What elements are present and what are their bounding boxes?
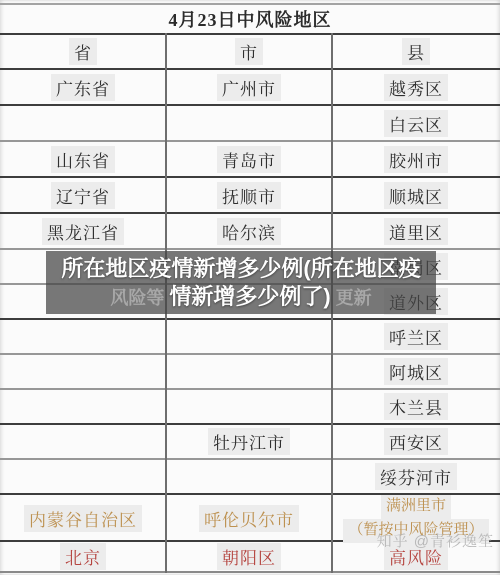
cell-city: 呼伦贝尔市 (166, 495, 332, 543)
caption-overlay: 所在地区疫情新增多少例(所在地区疫 风险等 情新增多少例了) 更新 (46, 251, 436, 314)
risk-area-table-page: 4月23日中风险地区 省 市 县 广东省 广州市 越秀区 白云区 山东省 青岛市… (0, 0, 500, 575)
cell-county: 顺城区 (332, 178, 500, 212)
table-title: 4月23日中风险地区 (0, 3, 500, 33)
table-row: 广东省 广州市 越秀区 (0, 68, 500, 104)
table-row: 辽宁省 抚顺市 顺城区 (0, 176, 500, 212)
cell-county: 绥芬河市 (332, 460, 500, 493)
cell-province: 辽宁省 (0, 178, 166, 212)
underlying-text-left: 风险等 (110, 287, 164, 310)
cell-city: 哈尔滨 (166, 214, 332, 248)
table-row: 绥芬河市 (0, 458, 500, 493)
table-row: 黑龙江省 哈尔滨 道里区 (0, 212, 500, 248)
cell-province: 内蒙谷自治区 (0, 495, 166, 543)
cell-province (0, 425, 166, 458)
cell-county: 胶州市 (332, 142, 500, 176)
cell-city: 抚顺市 (166, 178, 332, 212)
zhihu-watermark: 知乎 @青衫逸笙 (377, 530, 494, 551)
cell-county: 阿城区 (332, 355, 500, 388)
cell-province: 黑龙江省 (0, 214, 166, 248)
header-county: 县 (332, 35, 500, 68)
cell-county: 西安区 (332, 425, 500, 458)
caption-line-2-text: 情新增多少例了) (169, 283, 330, 311)
table-row: 呼兰区 (0, 318, 500, 353)
cell-city (166, 320, 332, 353)
cell-city (166, 106, 332, 140)
cell-province (0, 320, 166, 353)
table-row: 牡丹江市 西安区 (0, 423, 500, 458)
cell-province (0, 460, 166, 493)
table-row: 山东省 青岛市 胶州市 (0, 140, 500, 176)
cell-province (0, 355, 166, 388)
cell-county: 道里区 (332, 214, 500, 248)
cell-county: 呼兰区 (332, 320, 500, 353)
cell-city (166, 390, 332, 423)
cell-province (0, 390, 166, 423)
cell-province: 山东省 (0, 142, 166, 176)
cell-county: 越秀区 (332, 70, 500, 104)
header-city: 市 (166, 35, 332, 68)
cell-county: 木兰县 (332, 390, 500, 423)
caption-line-2: 风险等 情新增多少例了) 更新 (110, 283, 371, 311)
table-bottom-border (0, 571, 500, 573)
cell-province: 北京 (0, 542, 166, 571)
cell-city: 青岛市 (166, 142, 332, 176)
cell-city: 牡丹江市 (166, 425, 332, 458)
table-row: 木兰县 (0, 388, 500, 423)
table-row: 阿城区 (0, 353, 500, 388)
underlying-text-right: 更新 (336, 287, 372, 310)
cell-city: 朝阳区 (166, 542, 332, 571)
cell-county: 白云区 (332, 106, 500, 140)
table-title-text: 4月23日中风险地区 (169, 6, 332, 32)
cell-city (166, 460, 332, 493)
table-header-row: 省 市 县 (0, 33, 500, 68)
table-row: 白云区 (0, 104, 500, 140)
cell-province (0, 106, 166, 140)
cell-city: 广州市 (166, 70, 332, 104)
header-province: 省 (0, 35, 166, 68)
cell-province: 广东省 (0, 70, 166, 104)
county-name: 满洲里市 (381, 495, 451, 519)
cell-city (166, 355, 332, 388)
caption-line-1: 所在地区疫情新增多少例(所在地区疫 (61, 255, 420, 283)
